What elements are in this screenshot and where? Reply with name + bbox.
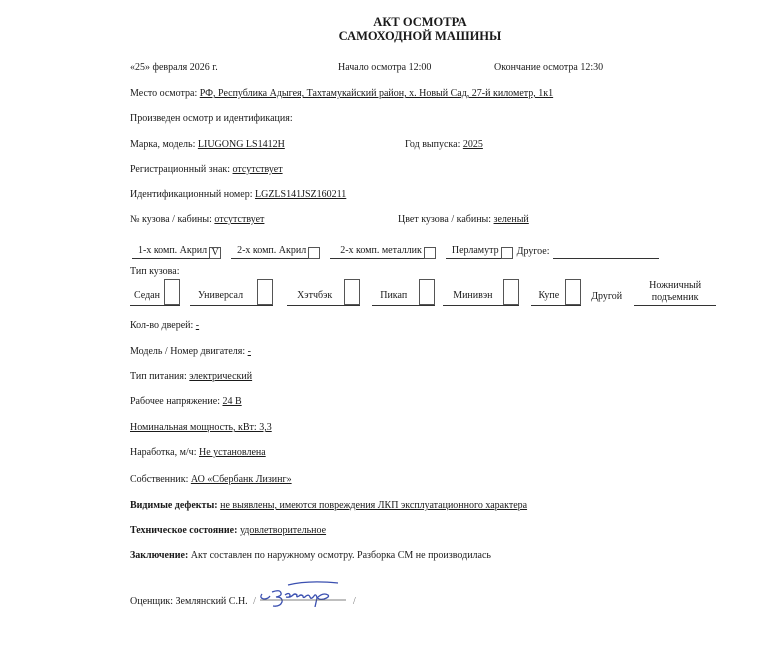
year-label: Год выпуска: — [405, 139, 460, 150]
body-type-other-label: Другой — [587, 291, 630, 306]
reg-plate-row: Регистрационный знак: отсутствует — [130, 164, 283, 175]
inspection-end: Окончание осмотра 12:30 — [494, 62, 603, 73]
hours-label: Наработка, м/ч: — [130, 447, 196, 458]
inspection-date: «25» февраля 2026 г. — [130, 62, 218, 73]
reg-plate-value: отсутствует — [233, 164, 283, 175]
condition-value: удовлетворительное — [240, 525, 326, 536]
paint-type-row: 1-х комп. Акрил V 2-х комп. Акрил 2-х ко… — [132, 245, 659, 259]
defects-row: Видимые дефекты: не выявлены, имеются по… — [130, 500, 527, 511]
conclusion-row: Заключение: Акт составлен по наружному о… — [130, 550, 491, 561]
body-color-row: Цвет кузова / кабины: зеленый — [398, 214, 529, 225]
paint-option-label: 2-х комп. металлик — [330, 245, 424, 259]
make-model-label: Марка, модель: — [130, 139, 195, 150]
body-type-option-hatchback: Хэтчбэк — [287, 279, 360, 306]
signature-scribble-icon — [258, 579, 350, 607]
body-type-option-label: Хэтчбэк — [287, 290, 344, 305]
voltage-label: Рабочее напряжение: — [130, 396, 220, 407]
paint-option-pearl: Перламутр — [446, 245, 513, 259]
owner-label: Собственник: — [130, 474, 188, 485]
paint-checkbox[interactable]: V — [209, 247, 221, 259]
paint-option-label: 2-х комп. Акрил — [231, 245, 308, 259]
signature-close-slash: / — [353, 596, 356, 607]
power-type-row: Тип питания: электрический — [130, 371, 252, 382]
identification-heading: Произведен осмотр и идентификация: — [130, 113, 293, 124]
body-type-row: Седан Универсал Хэтчбэк Пикап Минивэн Ку… — [130, 279, 716, 306]
engine-value: - — [248, 346, 251, 357]
body-type-option-minivan: Минивэн — [443, 279, 518, 306]
location-row: Место осмотра: РФ, Республика Адыгея, Та… — [130, 88, 553, 99]
body-number-value: отсутствует — [214, 214, 264, 225]
paint-checkbox[interactable] — [501, 247, 513, 259]
defects-value: не выявлены, имеются повреждения ЛКП экс… — [220, 500, 527, 511]
hours-row: Наработка, м/ч: Не установлена — [130, 447, 266, 458]
body-type-checkbox[interactable] — [164, 279, 180, 305]
conclusion-label: Заключение: — [130, 550, 188, 561]
doors-row: Кол-во дверей: - — [130, 320, 199, 331]
engine-row: Модель / Номер двигателя: - — [130, 346, 251, 357]
appraiser-row: Оценщик: Землянский С.Н. / / — [130, 588, 356, 608]
voltage-value: 24 В — [222, 396, 241, 407]
body-type-option-pickup: Пикап — [372, 279, 435, 306]
body-type-option-wagon: Универсал — [190, 279, 273, 306]
body-type-option-label: Универсал — [190, 290, 257, 305]
body-type-option-label: Минивэн — [443, 290, 502, 305]
vin-value: LGZLS141JSZ160211 — [255, 189, 346, 200]
defects-label: Видимые дефекты: — [130, 500, 218, 511]
body-type-checkbox[interactable] — [257, 279, 273, 305]
body-color-label: Цвет кузова / кабины: — [398, 214, 491, 225]
vin-label: Идентификационный номер: — [130, 189, 252, 200]
paint-option-metallic-2k: 2-х комп. металлик — [330, 245, 436, 259]
body-number-row: № кузова / кабины: отсутствует — [130, 214, 264, 225]
signature — [258, 588, 350, 608]
body-type-other-line-2: подъемник — [640, 292, 710, 304]
title-line-2: САМОХОДНОЙ МАШИНЫ — [0, 29, 773, 43]
year-value: 2025 — [463, 139, 483, 150]
body-type-option-label: Пикап — [372, 290, 419, 305]
paint-checkbox[interactable] — [308, 247, 320, 259]
year-row: Год выпуска: 2025 — [405, 139, 483, 150]
body-type-label: Тип кузова: — [130, 266, 179, 277]
paint-checkbox[interactable] — [424, 247, 436, 259]
body-number-label: № кузова / кабины: — [130, 214, 212, 225]
appraiser-label: Оценщик: Землянский С.Н. — [130, 596, 248, 607]
power-type-value: электрический — [189, 371, 252, 382]
body-type-checkbox[interactable] — [344, 279, 360, 305]
rated-power: Номинальная мощность, кВт: 3,3 — [130, 422, 272, 433]
engine-label: Модель / Номер двигателя: — [130, 346, 245, 357]
doors-value: - — [196, 320, 199, 331]
body-type-checkbox[interactable] — [503, 279, 519, 305]
body-type-checkbox[interactable] — [419, 279, 435, 305]
voltage-row: Рабочее напряжение: 24 В — [130, 396, 242, 407]
paint-other-field[interactable] — [553, 246, 659, 259]
paint-option-label: Перламутр — [446, 245, 501, 259]
owner-row: Собственник: АО «Сбербанк Лизинг» — [130, 474, 292, 485]
paint-option-acrylic-1k: 1-х комп. Акрил V — [132, 245, 221, 259]
condition-label: Техническое состояние: — [130, 525, 237, 536]
make-model-value: LIUGONG LS1412H — [198, 139, 285, 150]
owner-value: АО «Сбербанк Лизинг» — [191, 474, 292, 485]
reg-plate-label: Регистрационный знак: — [130, 164, 230, 175]
hours-value: Не установлена — [199, 447, 266, 458]
paint-option-acrylic-2k: 2-х комп. Акрил — [231, 245, 320, 259]
inspection-start: Начало осмотра 12:00 — [338, 62, 431, 73]
paint-option-label: 1-х комп. Акрил — [132, 245, 209, 259]
location-label: Место осмотра: — [130, 88, 197, 99]
make-model-row: Марка, модель: LIUGONG LS1412H — [130, 139, 285, 150]
vin-row: Идентификационный номер: LGZLS141JSZ1602… — [130, 189, 346, 200]
body-type-option-label: Седан — [130, 290, 164, 305]
doors-label: Кол-во дверей: — [130, 320, 193, 331]
document-title: АКТ ОСМОТРА САМОХОДНОЙ МАШИНЫ — [0, 15, 773, 43]
body-type-option-coupe: Купе — [531, 279, 582, 306]
signature-open-slash: / — [253, 596, 256, 607]
paint-other-label: Другое: — [517, 246, 550, 259]
body-type-option-sedan: Седан — [130, 279, 180, 306]
location-value: РФ, Республика Адыгея, Тахтамукайский ра… — [200, 88, 553, 99]
body-type-other-line-1: Ножничный — [640, 280, 710, 292]
condition-row: Техническое состояние: удовлетворительно… — [130, 525, 326, 536]
body-type-option-label: Купе — [531, 290, 566, 305]
body-color-value: зеленый — [494, 214, 529, 225]
conclusion-value: Акт составлен по наружному осмотру. Разб… — [191, 550, 491, 561]
body-type-checkbox[interactable] — [565, 279, 581, 305]
power-type-label: Тип питания: — [130, 371, 187, 382]
body-type-other-value: Ножничный подъемник — [634, 280, 716, 306]
title-line-1: АКТ ОСМОТРА — [0, 15, 773, 29]
